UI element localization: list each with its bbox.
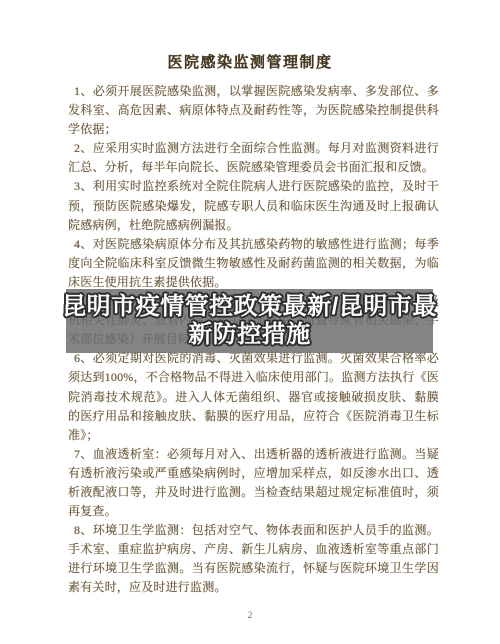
document-page: 医院感染监测管理制度 1、必须开展医院感染监测，以掌握医院感染发病率、多发部位、… — [0, 0, 500, 644]
overlay-title-line-1: 昆明市疫情管控政策最新/昆明市最 — [62, 293, 437, 321]
paragraph: 1、必须开展医院感染监测，以掌握医院感染发病率、多发部位、多发科室、高危因素、病… — [68, 82, 439, 139]
paragraph: 3、利用实时监控系统对全院住院病人进行医院感染的监控，及时干预，预防医院感染爆发… — [68, 177, 439, 234]
paragraph: 7、血液透析室：必须每月对入、出透析器的透析液进行监测。当疑有透析液污染或严重感… — [68, 445, 439, 521]
paragraph: 2、应采用实时监测方法进行全面综合性监测。每月对监测资料进行汇总、分析，每半年向… — [68, 139, 439, 177]
document-title: 医院感染监测管理制度 — [0, 54, 500, 72]
paragraph: 4、对医院感染病原体分布及其抗感染药物的敏感性进行监测；每季度向全院临床科室反馈… — [68, 235, 439, 292]
paragraph: 6、必须定期对医院的消毒、灭菌效果进行监测。灭菌效果合格率必须达到100%，不合… — [68, 349, 439, 444]
overlay-title-line-2: 新防控措施 — [188, 321, 311, 349]
caption-overlay-band: 昆明市疫情管控政策最新/昆明市最 新防控措施 — [66, 289, 433, 353]
page-number: 2 — [0, 610, 500, 620]
paragraph: 8、环境卫生学监测：包括对空气、物体表面和医护人员手的监测。手术室、重症监护病房… — [68, 521, 439, 597]
